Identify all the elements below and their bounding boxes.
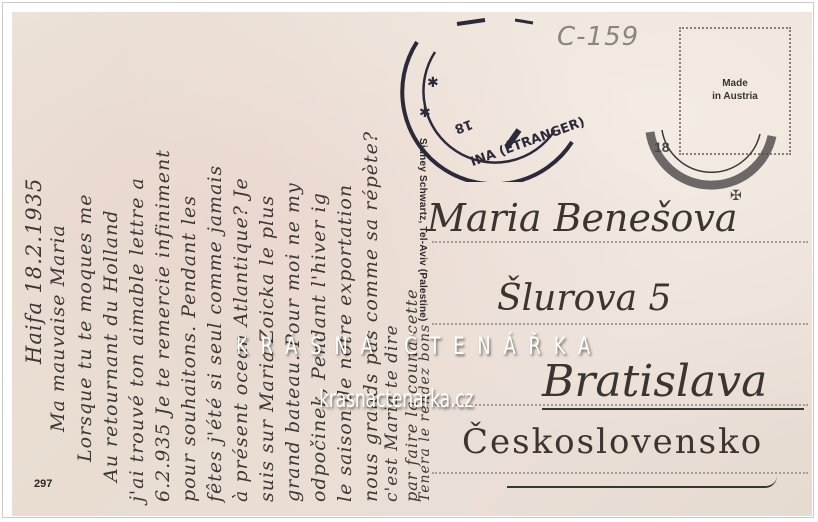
recipient-name: Maria Benešova [427,196,738,240]
pencil-note: C-159 [557,22,639,52]
address-line-4 [432,472,808,474]
stamp-box-line-1: Made [681,77,789,90]
message-line: Ma mauvaise Maria [47,224,69,432]
message-line: Lorsque tu te moques me [74,193,96,462]
message-line: 6.2.935 Je te remercie infiniment [152,149,174,502]
message-line: j'ai trouvé ton aimable lettre a [126,177,148,502]
postmark-left-date: 18 [452,116,474,136]
message-line: Au retournant du Holland [100,209,122,482]
city-underline [542,408,804,410]
image-frame: Haifa 18.2.1935 Ma mauvaise Maria Lorsqu… [2,2,814,518]
card-number: 297 [34,478,52,490]
recipient-street: Šlurova 5 [497,278,671,319]
watermark-url: krasnactenarka.cz [319,384,473,413]
svg-text:✱: ✱ [427,74,439,90]
recipient-city: Bratislava [542,356,767,407]
message-line: fêtes j'été si seul comme jamais [204,165,226,502]
stamp-box-line-2: in Austria [681,90,789,103]
message-line: nous grands pas comme sa répète? [360,131,382,502]
svg-text:✱: ✱ [419,104,431,120]
postcard: Haifa 18.2.1935 Ma mauvaise Maria Lorsqu… [12,12,812,516]
address-line-2 [432,323,808,325]
message-header: Haifa 18.2.1935 [22,178,46,364]
watermark-title: KRÁSNÁ ČTENÁŘKA [236,332,603,360]
recipient-country: Československo [462,422,763,462]
message-line: pour souhaitons. Pendant les [178,195,200,502]
country-underline [507,476,777,488]
postmark-left-text: INA (ÉTRANGER) [468,114,587,170]
address-line-1 [432,241,808,243]
postmark-right-text: 18 [654,139,670,155]
